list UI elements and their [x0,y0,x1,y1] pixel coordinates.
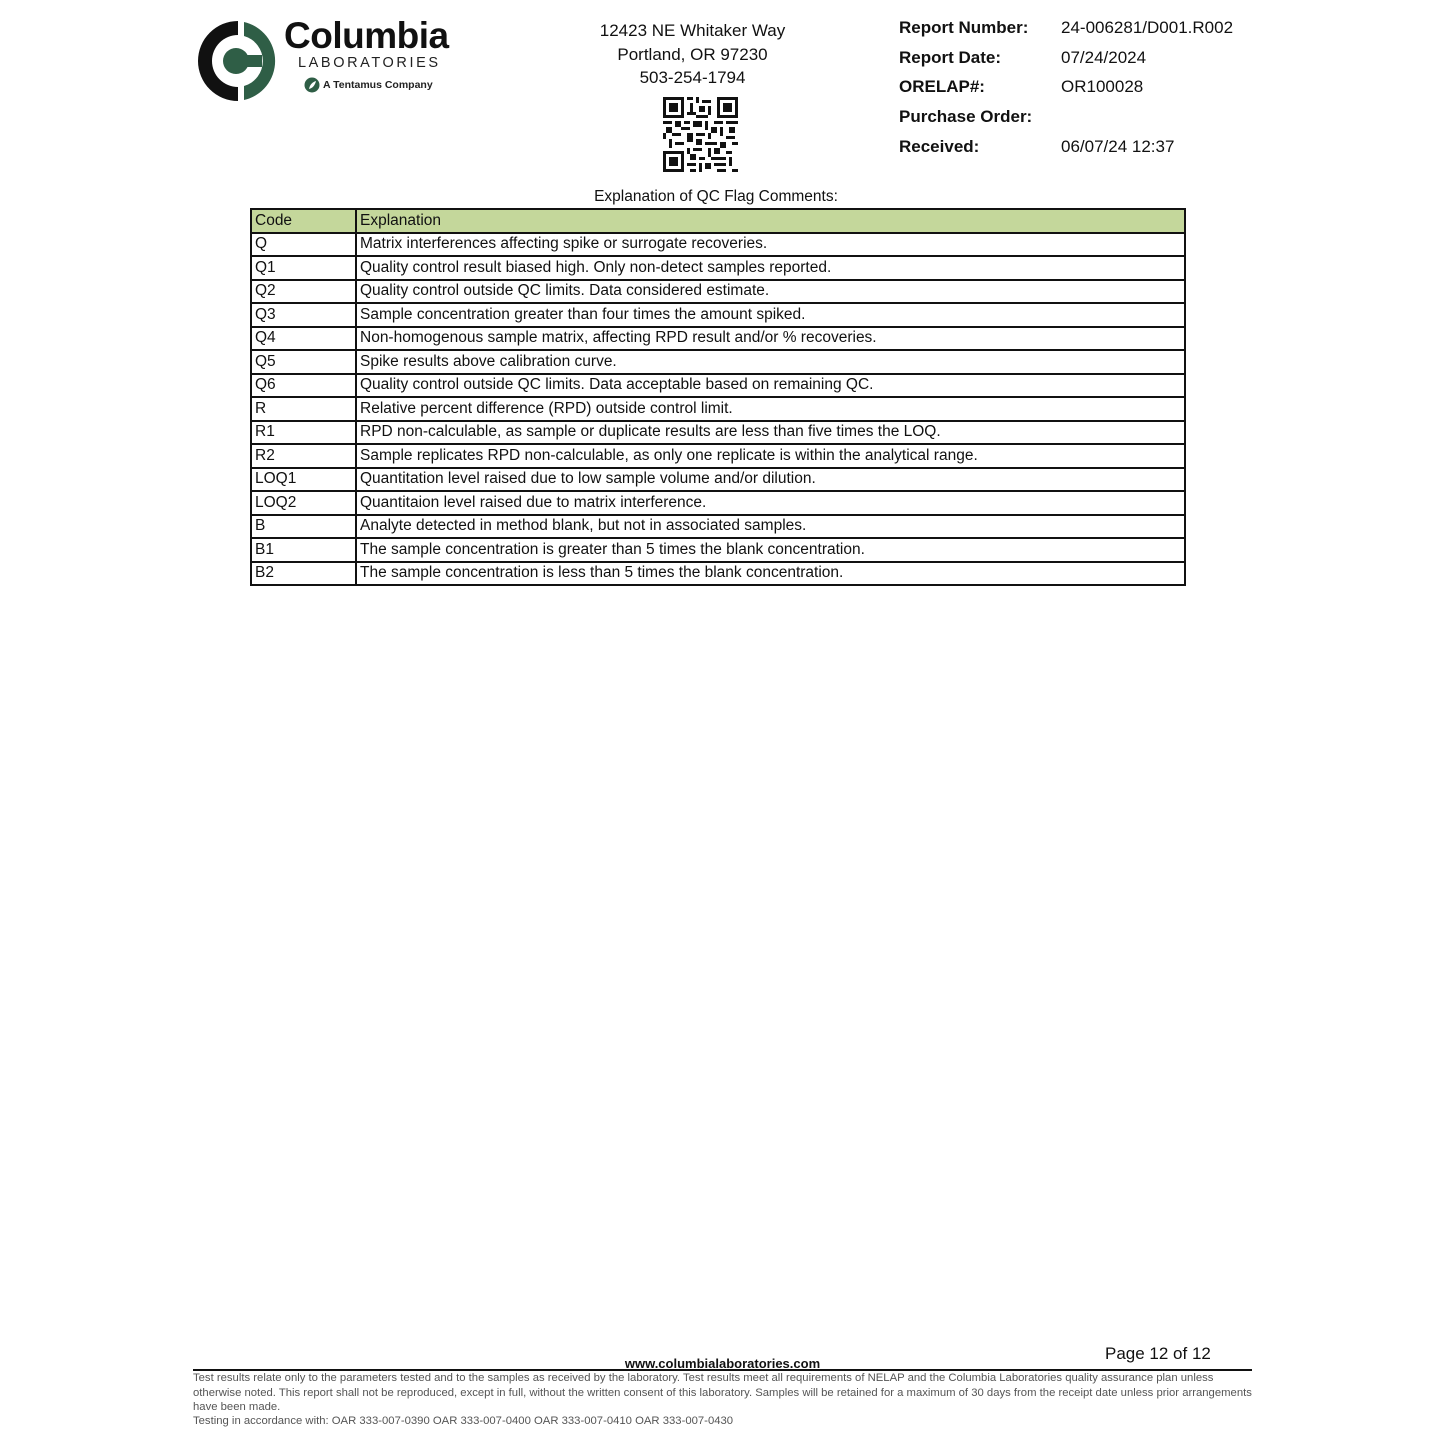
tentamus-leaf-icon [304,77,320,93]
meta-label: Received: [899,137,979,157]
logo-subtitle: LABORATORIES [298,55,441,71]
table-row: Q2Quality control outside QC limits. Dat… [251,280,1185,304]
table-row: Q6Quality control outside QC limits. Dat… [251,374,1185,398]
table-row: LOQ1Quantitation level raised due to low… [251,468,1185,492]
flag-code: Q3 [251,303,356,327]
flag-explanation: Analyte detected in method blank, but no… [356,515,1185,539]
flag-code: Q [251,233,356,257]
flag-explanation: Quality control outside QC limits. Data … [356,374,1185,398]
flag-code: Q4 [251,327,356,351]
address-city: Portland, OR 97230 [560,43,825,67]
flag-code: Q2 [251,280,356,304]
table-row: Q4Non-homogenous sample matrix, affectin… [251,327,1185,351]
table-row: B2The sample concentration is less than … [251,562,1185,586]
flag-explanation: RPD non-calculable, as sample or duplica… [356,421,1185,445]
qc-table-title: Explanation of QC Flag Comments: [560,188,872,206]
flag-explanation: Quality control outside QC limits. Data … [356,280,1185,304]
flag-code: R [251,397,356,421]
meta-value: OR100028 [1061,77,1143,97]
flag-code: Q1 [251,256,356,280]
flag-explanation: The sample concentration is greater than… [356,538,1185,562]
meta-label: Report Date: [899,48,1001,68]
meta-label: ORELAP#: [899,77,985,97]
meta-label: Report Number: [899,18,1028,38]
table-row: LOQ2Quantitaion level raised due to matr… [251,491,1185,515]
table-row: RRelative percent difference (RPD) outsi… [251,397,1185,421]
address-phone: 503-254-1794 [560,66,825,90]
flag-explanation: Matrix interferences affecting spike or … [356,233,1185,257]
flag-code: LOQ2 [251,491,356,515]
qr-code-icon [663,97,738,172]
flag-code: Q6 [251,374,356,398]
table-row: B1The sample concentration is greater th… [251,538,1185,562]
meta-value: 06/07/24 12:37 [1061,137,1174,157]
table-row: BAnalyte detected in method blank, but n… [251,515,1185,539]
flag-explanation: Quality control result biased high. Only… [356,256,1185,280]
lab-address: 12423 NE Whitaker Way Portland, OR 97230… [560,19,825,90]
column-header-code: Code [251,209,356,233]
flag-explanation: Sample replicates RPD non-calculable, as… [356,444,1185,468]
column-header-explanation: Explanation [356,209,1185,233]
flag-code: LOQ1 [251,468,356,492]
company-logo: Columbia LABORATORIES A Tentamus Company [194,17,464,105]
tagline-text: A Tentamus Company [323,79,433,91]
table-header-row: Code Explanation [251,209,1185,233]
meta-value: 07/24/2024 [1061,48,1146,68]
flag-code: R1 [251,421,356,445]
flag-explanation: Non-homogenous sample matrix, affecting … [356,327,1185,351]
table-row: R2Sample replicates RPD non-calculable, … [251,444,1185,468]
table-row: Q1Quality control result biased high. On… [251,256,1185,280]
flag-code: R2 [251,444,356,468]
flag-explanation: The sample concentration is less than 5 … [356,562,1185,586]
columbia-logo-icon [194,17,282,105]
table-row: Q5Spike results above calibration curve. [251,350,1185,374]
logo-name: Columbia [284,15,449,57]
qc-flag-table: Code Explanation QMatrix interferences a… [250,208,1186,586]
flag-explanation: Sample concentration greater than four t… [356,303,1185,327]
flag-code: B1 [251,538,356,562]
flag-code: B2 [251,562,356,586]
flag-explanation: Quantitaion level raised due to matrix i… [356,491,1185,515]
flag-code: Q5 [251,350,356,374]
flag-explanation: Relative percent difference (RPD) outsid… [356,397,1185,421]
logo-tagline: A Tentamus Company [304,77,433,93]
flag-code: B [251,515,356,539]
footer-testing-statement: Testing in accordance with: OAR 333-007-… [193,1415,733,1427]
address-street: 12423 NE Whitaker Way [560,19,825,43]
page-number: Page 12 of 12 [1105,1344,1211,1364]
table-row: QMatrix interferences affecting spike or… [251,233,1185,257]
meta-label: Purchase Order: [899,107,1032,127]
footer-disclaimer: Test results relate only to the paramete… [193,1371,1253,1415]
flag-explanation: Quantitation level raised due to low sam… [356,468,1185,492]
table-row: R1RPD non-calculable, as sample or dupli… [251,421,1185,445]
meta-value: 24-006281/D001.R002 [1061,18,1233,38]
table-row: Q3Sample concentration greater than four… [251,303,1185,327]
flag-explanation: Spike results above calibration curve. [356,350,1185,374]
